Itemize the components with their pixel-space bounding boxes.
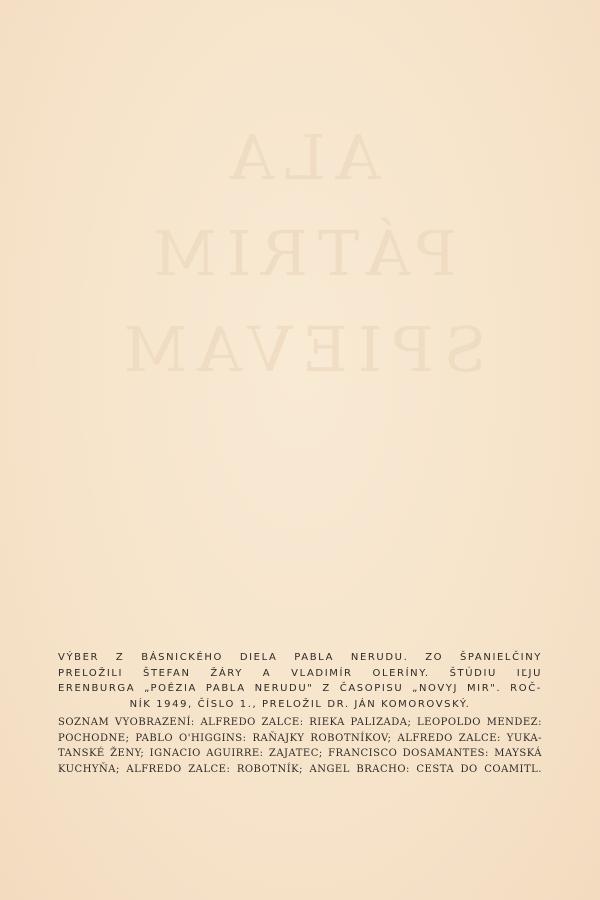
- credits-line: KUCHYŇA; ALFREDO ZALCE: ROBOTNÍK; ANGEL …: [58, 762, 542, 778]
- colophon-line: PRELOŽILI ŠTEFAN ŽÁRY A VLADIMÍR OLERÍNY…: [58, 666, 542, 682]
- bleedthrough-text: ALA PÁTRIM SPIEVAM: [0, 110, 600, 398]
- ghost-line: SPIEVAM: [0, 302, 600, 398]
- colophon-line: NÍK 1949, ČÍSLO 1., PRELOŽIL DR. JÁN KOM…: [58, 697, 542, 713]
- credits-line: POCHODNE; PABLO O'HIGGINS: RAŇAJKY ROBOT…: [58, 731, 542, 747]
- ghost-line: PÁTRIM: [0, 206, 600, 302]
- illustration-credits: SOZNAM VYOBRAZENÍ: ALFREDO ZALCE: RIEKA …: [58, 715, 542, 777]
- colophon-line: VÝBER Z BÁSNICKÉHO DIELA PABLA NERUDU. Z…: [58, 650, 542, 666]
- colophon-line: ERENBURGA „POÉZIA PABLA NERUDU" Z ČASOPI…: [58, 681, 542, 697]
- ghost-line: ALA: [0, 110, 600, 206]
- book-page: ALA PÁTRIM SPIEVAM VÝBER Z BÁSNICKÉHO DI…: [0, 0, 600, 900]
- colophon: VÝBER Z BÁSNICKÉHO DIELA PABLA NERUDU. Z…: [58, 650, 542, 712]
- credits-line: SOZNAM VYOBRAZENÍ: ALFREDO ZALCE: RIEKA …: [58, 715, 542, 731]
- credits-line: TANSKÉ ŽENY; IGNACIO AGUIRRE: ZAJATEC; F…: [58, 746, 542, 762]
